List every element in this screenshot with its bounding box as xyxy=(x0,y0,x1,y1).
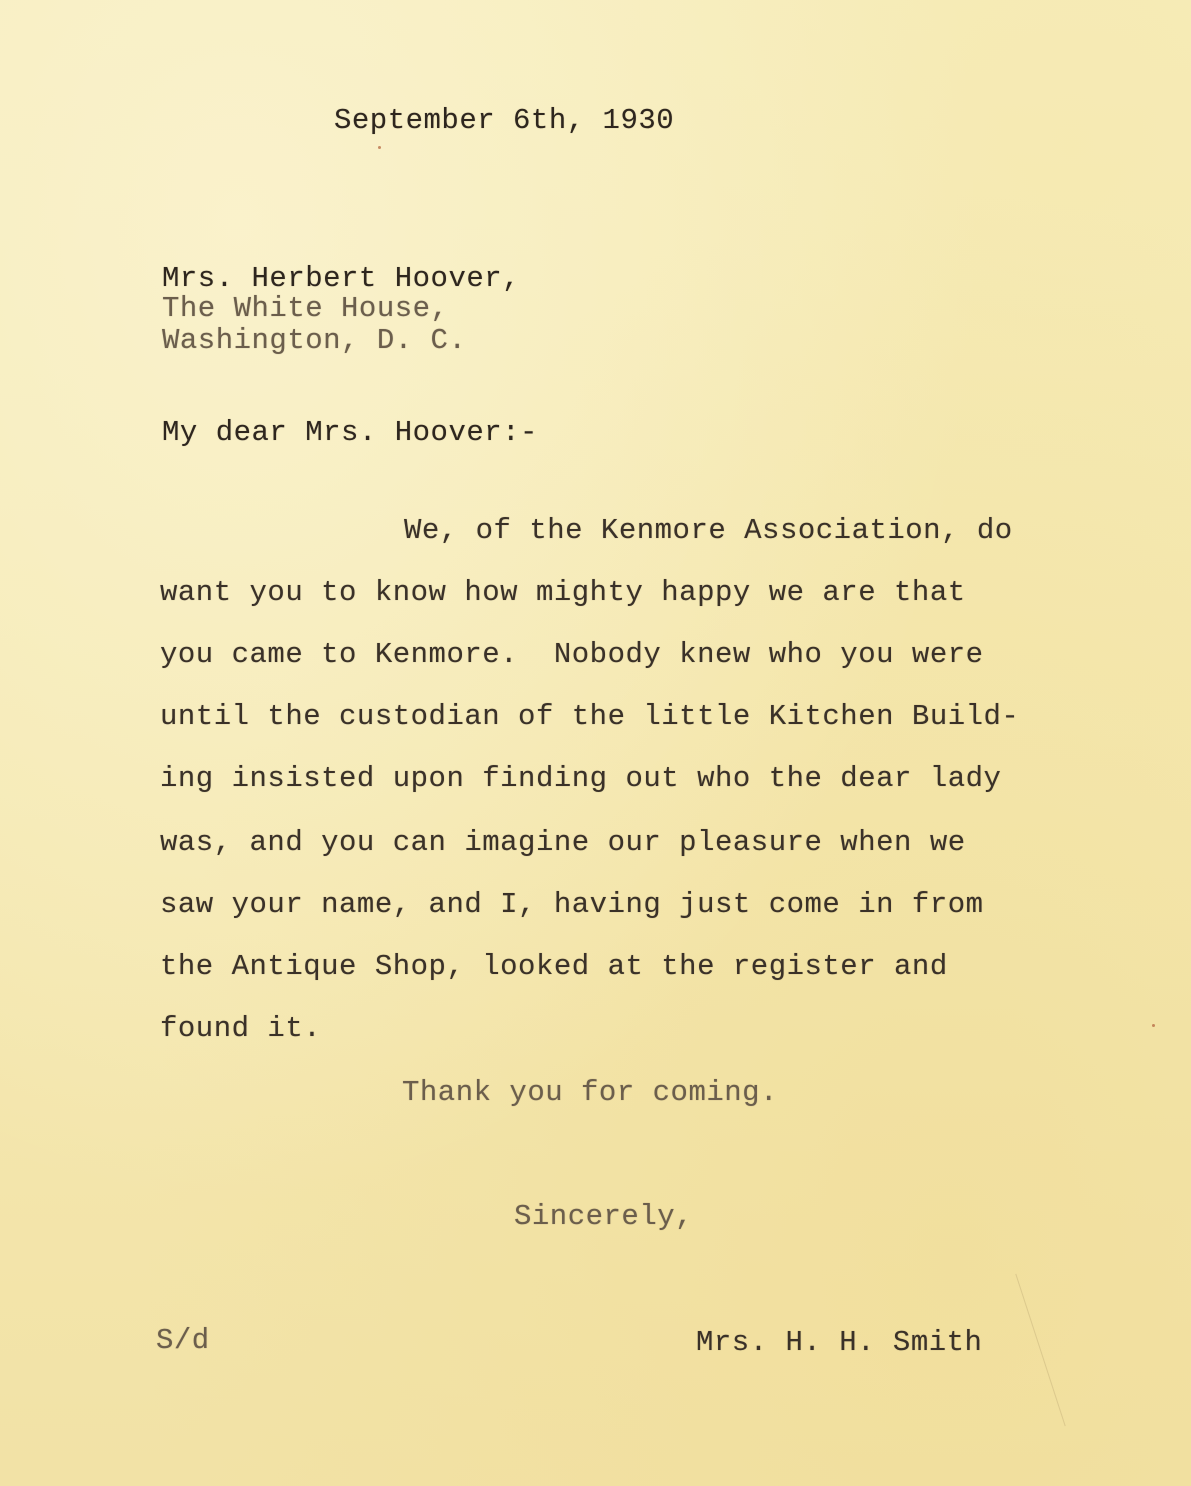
body-line-1: We, of the Kenmore Association, do xyxy=(404,514,1013,548)
body-line-4: until the custodian of the little Kitche… xyxy=(160,700,1019,734)
letter-page: September 6th, 1930 Mrs. Herbert Hoover,… xyxy=(0,0,1191,1486)
body-line-5: ing insisted upon finding out who the de… xyxy=(160,762,1001,796)
body-line-3: you came to Kenmore. Nobody knew who you… xyxy=(160,638,984,672)
recipient-address-line-2: Washington, D. C. xyxy=(162,324,466,358)
signature-notation: S/d xyxy=(156,1324,210,1358)
paper-crease xyxy=(1015,1274,1065,1426)
letter-date: September 6th, 1930 xyxy=(334,104,674,138)
thanks-line: Thank you for coming. xyxy=(402,1076,778,1110)
paper-speck xyxy=(1152,1024,1155,1027)
body-line-2: want you to know how mighty happy we are… xyxy=(160,576,966,610)
recipient-address-line-1: The White House, xyxy=(162,292,448,326)
salutation: My dear Mrs. Hoover:- xyxy=(162,416,538,450)
body-line-8: the Antique Shop, looked at the register… xyxy=(160,950,948,984)
signature-name: Mrs. H. H. Smith xyxy=(696,1326,982,1360)
body-line-6: was, and you can imagine our pleasure wh… xyxy=(160,826,966,860)
paper-speck xyxy=(378,146,381,149)
recipient-name: Mrs. Herbert Hoover, xyxy=(162,262,520,296)
closing: Sincerely, xyxy=(514,1200,693,1234)
body-line-9: found it. xyxy=(160,1012,321,1046)
body-line-7: saw your name, and I, having just come i… xyxy=(160,888,984,922)
